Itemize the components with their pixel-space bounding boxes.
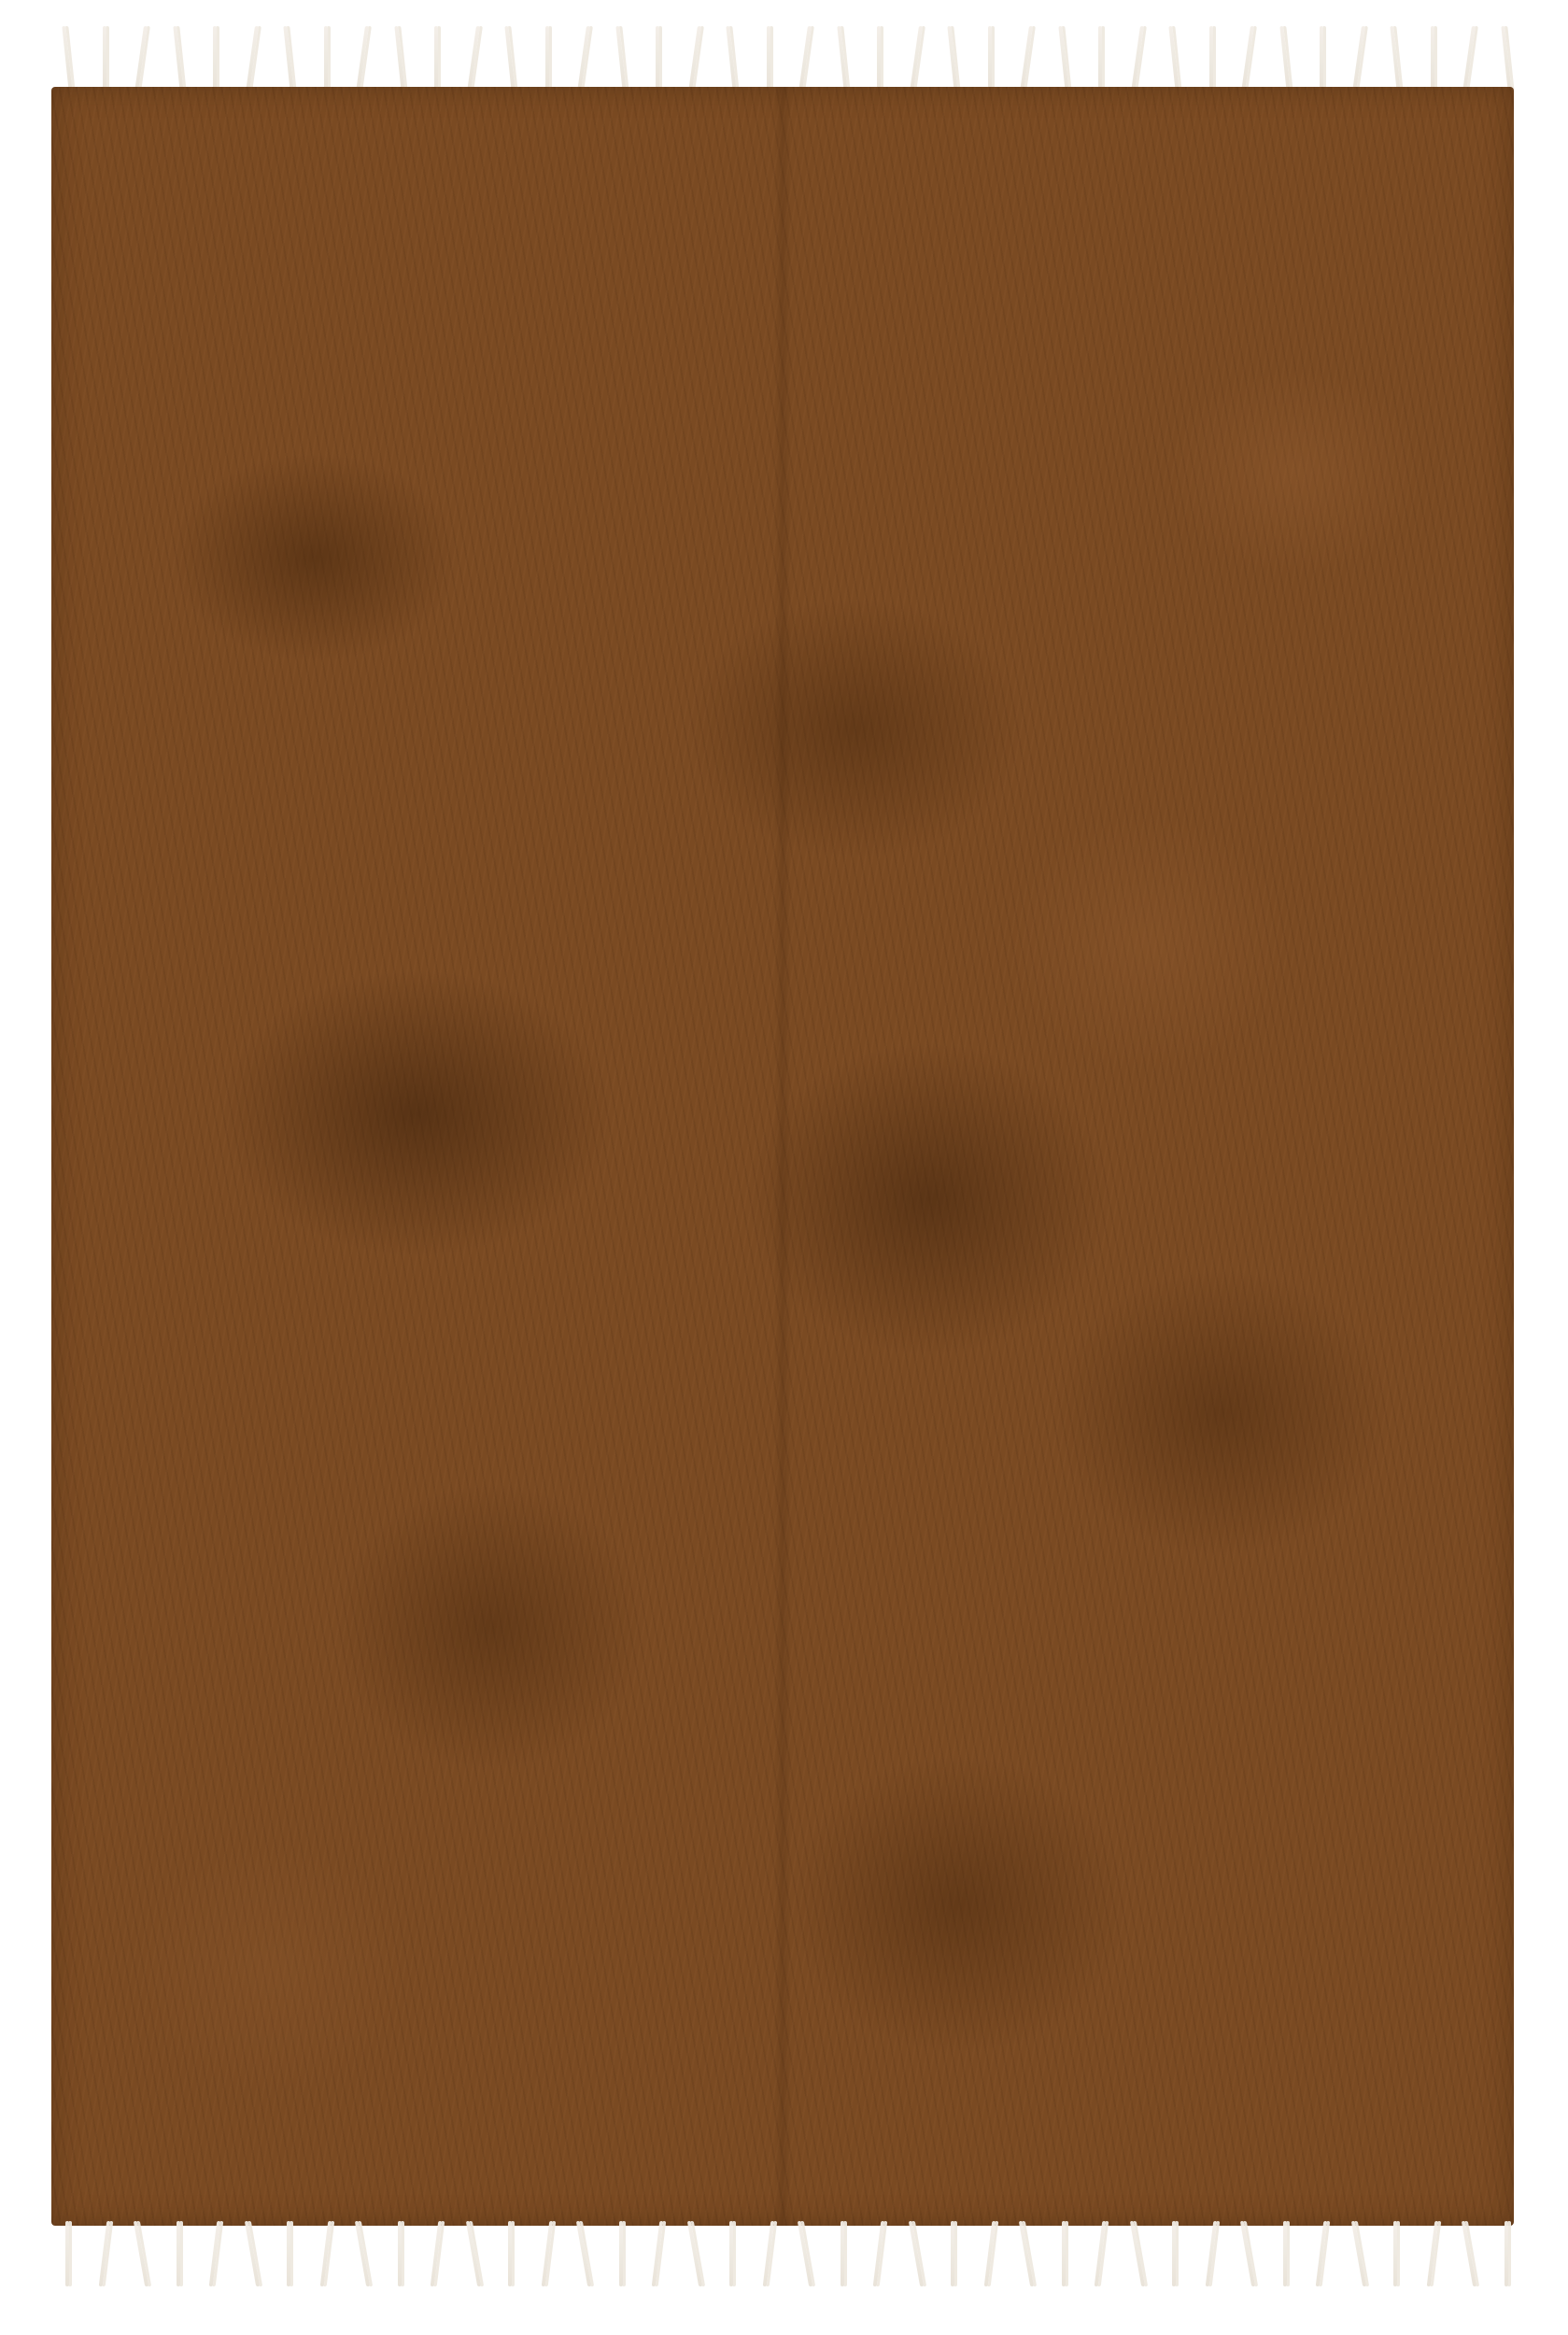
fringe-tassel (1209, 26, 1213, 92)
fringe-tassel (762, 2221, 774, 2286)
fringe-tassel (213, 26, 217, 92)
fringe-tassel (1019, 2221, 1034, 2286)
fringe-tassel (726, 26, 736, 92)
fringe-tassel (1501, 26, 1511, 92)
fringe-tassel (910, 26, 923, 92)
fringe-tassel (729, 2221, 733, 2286)
fringe-tassel (246, 26, 259, 92)
fringe-tassel (1390, 26, 1400, 92)
fringe-tassel (1316, 2221, 1328, 2286)
fringe-tassel (1320, 26, 1323, 92)
fringe-tassel (545, 26, 549, 92)
fringe-tassel (908, 2221, 923, 2286)
fringe-tassel (508, 2221, 512, 2286)
photo-scene (0, 0, 1568, 2335)
fringe-tassel (1020, 26, 1033, 92)
fringe-tassel (798, 26, 812, 92)
fringe-tassel (1279, 26, 1290, 92)
fringe-tassel (1062, 2221, 1066, 2286)
fringe-tassel (988, 26, 992, 92)
fringe-tassel (98, 2221, 110, 2286)
fringe-tassel (324, 26, 328, 92)
fringe-tassel (1172, 2221, 1176, 2286)
fringe-tassel (1431, 26, 1434, 92)
fringe-tassel (1098, 26, 1102, 92)
fringe-tassel (1058, 26, 1068, 92)
fringe-tassel (134, 2221, 148, 2286)
fringe-tassel (177, 2221, 180, 2286)
fringe-tassel (1095, 2221, 1107, 2286)
fringe-tassel (652, 2221, 664, 2286)
fringe-tassel (65, 2221, 69, 2286)
fringe-tassel (287, 2221, 290, 2286)
fringe-tassel (688, 26, 701, 92)
fringe-tassel (1352, 26, 1365, 92)
fringe-tassel (1462, 2221, 1476, 2286)
fringe-tassel (504, 26, 515, 92)
fringe-tassel (767, 26, 770, 92)
shag-rug (51, 87, 1514, 2226)
fringe-tassel (1205, 2221, 1217, 2286)
fringe-tassel (134, 26, 148, 92)
fringe-tassel (467, 26, 480, 92)
fringe-tassel (355, 2221, 370, 2286)
fringe-tassel (1240, 2221, 1255, 2286)
fringe-tassel (244, 2221, 259, 2286)
fringe-tassel (841, 2221, 844, 2286)
fringe-tassel (619, 2221, 623, 2286)
fringe-tassel (1241, 26, 1254, 92)
fringe-tassel (951, 2221, 954, 2286)
fringe-tassel (434, 26, 438, 92)
fringe-tassel (576, 2221, 591, 2286)
fringe-tassel (837, 26, 847, 92)
fringe-tassel (541, 2221, 553, 2286)
fringe-tassel (1462, 26, 1476, 92)
fringe-tassel (983, 2221, 996, 2286)
fringe-tassel (103, 26, 106, 92)
fringe-tassel (62, 26, 72, 92)
fringe-tassel (431, 2221, 443, 2286)
fringe-tassel (1168, 26, 1179, 92)
fringe-tassel (577, 26, 590, 92)
fringe-tassel (873, 2221, 885, 2286)
fringe-tassel (947, 26, 957, 92)
fringe-tassel (394, 26, 404, 92)
fringe-tassel (686, 2221, 701, 2286)
fringe-tassel (398, 2221, 402, 2286)
fringe-tassel (1283, 2221, 1287, 2286)
fringe-tassel (1393, 2221, 1397, 2286)
fringe-tassel (1131, 26, 1144, 92)
fringe-tassel (319, 2221, 332, 2286)
fringe-tassel (173, 26, 183, 92)
fringe-tassel (656, 26, 659, 92)
bottom-fringe (65, 2221, 1508, 2286)
fringe-tassel (615, 26, 626, 92)
fringe-tassel (1129, 2221, 1144, 2286)
fringe-tassel (1426, 2221, 1438, 2286)
fringe-tassel (465, 2221, 480, 2286)
fringe-tassel (283, 26, 293, 92)
fringe-tassel (1350, 2221, 1365, 2286)
fringe-tassel (356, 26, 369, 92)
fringe-tassel (209, 2221, 221, 2286)
fringe-tassel (1504, 2221, 1508, 2286)
fringe-tassel (798, 2221, 812, 2286)
top-fringe (65, 26, 1508, 92)
fringe-tassel (877, 26, 881, 92)
